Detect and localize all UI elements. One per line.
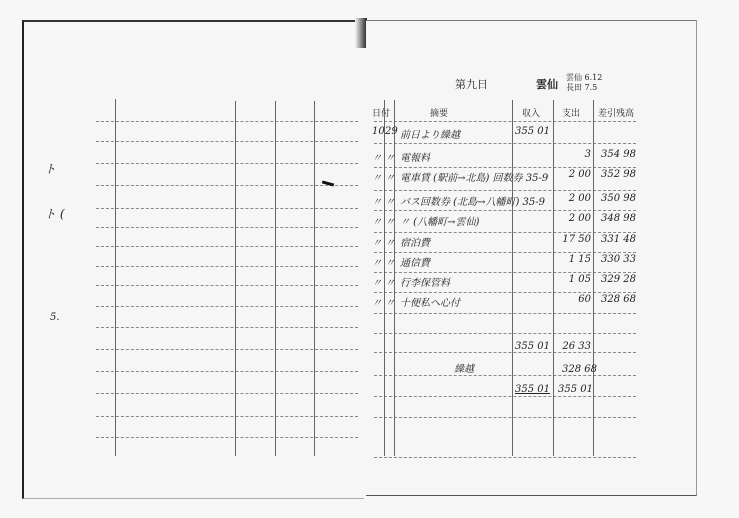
ruled-line [96,185,358,186]
grand-total-expense: 355 01 [555,384,593,395]
ruled-line [374,417,636,418]
ruled-line [374,375,636,376]
ruled-line [374,167,636,168]
row-day: 〃 [385,234,395,249]
row-month: 〃 [372,274,382,289]
ruled-line [96,393,358,394]
row-expense: 1 05 [555,274,591,285]
column-header-balance: 差引残高 [598,106,634,119]
row-month: 〃 [372,213,382,228]
ruled-line [374,292,636,293]
row-balance: 350 98 [596,193,636,204]
row-day: 〃 [385,294,395,309]
ruled-line [96,163,358,164]
ruled-line [96,266,358,267]
row-month: 〃 [372,169,382,184]
ruled-line [374,272,636,273]
row-day: 〃 [385,254,395,269]
ruled-line [374,252,636,253]
ruled-line [96,327,358,328]
ruled-line [374,210,636,211]
carry-label: 繰越 [454,360,474,375]
ruled-line [374,333,636,334]
page-title: 第九日 [455,76,488,92]
column-line [275,101,276,456]
ruled-line [374,143,636,144]
row-expense: 1 15 [555,254,591,265]
row-description: 宿泊費 [400,234,430,249]
row-description: 〃 (八幡町→雲仙) [400,213,479,228]
ruled-line [96,416,358,417]
margin-mark: ト [44,160,56,177]
row-description: 十便私へ心付 [400,294,460,309]
row-day: 〃 [385,169,395,184]
row-expense: 3 [555,149,591,160]
row-balance: 328 68 [596,294,636,305]
row-day: 〃 [385,274,395,289]
row-month: 10 [372,126,385,137]
row-month: 〃 [372,193,382,208]
left-ledger-page [22,20,364,499]
row-balance: 348 98 [596,213,636,224]
row-expense: 2 00 [555,169,591,180]
ruled-line [96,371,358,372]
row-description: 通信費 [400,254,430,269]
row-month: 〃 [372,254,382,269]
ruled-line [96,349,358,350]
ruled-line [374,396,636,397]
margin-mark: 5. [50,312,60,323]
ruled-line [374,190,636,191]
carry-amount: 328 68 [555,364,597,375]
margin-mark: ト ( [44,205,65,222]
total-income: 355 01 [512,341,550,352]
row-balance: 329 28 [596,274,636,285]
row-description: バス回数券 (北島→八幡町) 35-9 [400,193,545,208]
column-header-expense: 支出 [562,106,580,119]
ruled-line [374,313,636,314]
ruled-line [96,227,358,228]
ruled-line [374,457,636,458]
row-income: 355 01 [514,126,550,137]
row-description: 行李保管料 [400,274,450,289]
total-expense: 26 33 [555,341,591,352]
ruled-line [96,141,358,142]
row-month: 〃 [372,149,382,164]
grand-total-income: 355 01 [510,384,550,395]
ruled-line [96,208,358,209]
ruled-line [374,121,636,122]
column-header-income: 収入 [522,106,540,119]
header-note: 長田 7.5 [566,82,597,93]
row-description: 電車賃 (駅前→北島) 回数券 35-9 [400,169,548,184]
ruled-line [96,306,358,307]
row-balance: 330 33 [596,254,636,265]
row-description: 電報料 [400,149,430,164]
row-day: 〃 [385,213,395,228]
ruled-line [96,285,358,286]
ruled-line [374,232,636,233]
row-expense: 60 [555,294,591,305]
column-header-date: 日付 [372,106,390,119]
column-line [314,101,315,456]
row-month: 〃 [372,234,382,249]
row-balance: 352 98 [596,169,636,180]
row-description: 前日より繰越 [400,126,460,141]
column-header-description: 摘要 [430,106,448,119]
ruled-line [96,437,358,438]
row-balance: 331 48 [596,234,636,245]
row-month: 〃 [372,294,382,309]
column-line [115,99,116,456]
row-day: 29 [385,126,398,137]
row-expense: 17 50 [555,234,591,245]
column-line [512,100,513,456]
column-line [593,100,594,456]
column-line [235,101,236,456]
row-expense: 2 00 [555,213,591,224]
location-label: 雲仙 [536,76,558,92]
row-balance: 354 98 [596,149,636,160]
row-day: 〃 [385,149,395,164]
ruled-line [96,121,358,122]
column-line [553,100,554,456]
row-day: 〃 [385,193,395,208]
ruled-line [96,246,358,247]
ruled-line [374,352,636,353]
row-expense: 2 00 [555,193,591,204]
